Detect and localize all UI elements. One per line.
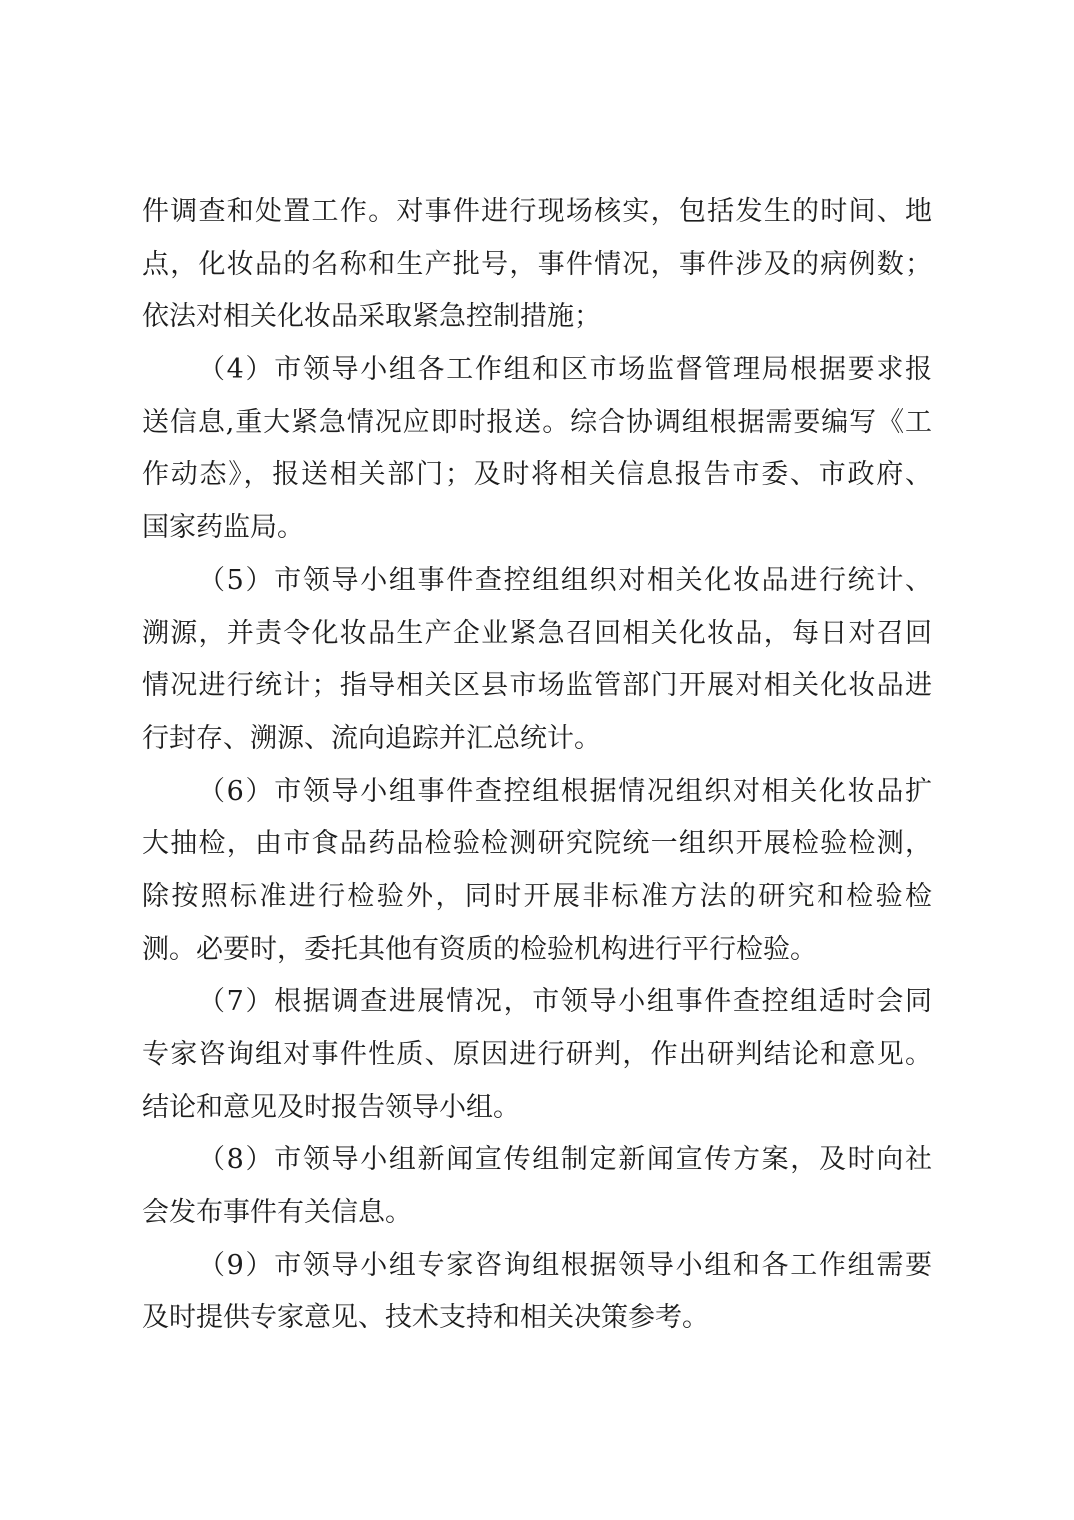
text-line: 国家药监局。 <box>142 502 932 555</box>
paragraph-continuation: 件调查和处置工作。对事件进行现场核实，包括发生的时间、地点，化妆品的名称和生产批… <box>142 186 932 344</box>
paragraph-item-9: （9）市领导小组专家咨询组根据领导小组和各工作组需要及时提供专家意见、技术支持和… <box>142 1240 932 1345</box>
paragraph-item-5: （5）市领导小组事件查控组组织对相关化妆品进行统计、溯源，并责令化妆品生产企业紧… <box>142 555 932 766</box>
text-line: （4）市领导小组各工作组和区市场监督管理局根据要求报 <box>142 344 932 397</box>
text-line: 送信息,重大紧急情况应即时报送。综合协调组根据需要编写《工 <box>142 397 932 450</box>
text-line: 依法对相关化妆品采取紧急控制措施； <box>142 291 932 344</box>
text-line: （5）市领导小组事件查控组组织对相关化妆品进行统计、 <box>142 555 932 608</box>
text-line: 除按照标准进行检验外，同时开展非标准方法的研究和检验检 <box>142 871 932 924</box>
text-line: 测。必要时，委托其他有资质的检验机构进行平行检验。 <box>142 924 932 977</box>
text-line: 溯源，并责令化妆品生产企业紧急召回相关化妆品，每日对召回 <box>142 608 932 661</box>
paragraph-item-6: （6）市领导小组事件查控组根据情况组织对相关化妆品扩大抽检，由市食品药品检验检测… <box>142 766 932 977</box>
text-line: 作动态》，报送相关部门；及时将相关信息报告市委、市政府、 <box>142 449 932 502</box>
text-line: （9）市领导小组专家咨询组根据领导小组和各工作组需要 <box>142 1240 932 1293</box>
text-line: 大抽检，由市食品药品检验检测研究院统一组织开展检验检测， <box>142 818 932 871</box>
text-line: 专家咨询组对事件性质、原因进行研判，作出研判结论和意见。 <box>142 1029 932 1082</box>
document-page: 件调查和处置工作。对事件进行现场核实，包括发生的时间、地点，化妆品的名称和生产批… <box>0 0 1074 1520</box>
text-line: 及时提供专家意见、技术支持和相关决策参考。 <box>142 1292 932 1345</box>
text-line: 点，化妆品的名称和生产批号，事件情况，事件涉及的病例数； <box>142 239 932 292</box>
paragraph-item-7: （7）根据调查进展情况，市领导小组事件查控组适时会同专家咨询组对事件性质、原因进… <box>142 976 932 1134</box>
text-line: 情况进行统计；指导相关区县市场监管部门开展对相关化妆品进 <box>142 660 932 713</box>
text-line: 会发布事件有关信息。 <box>142 1187 932 1240</box>
text-line: （8）市领导小组新闻宣传组制定新闻宣传方案，及时向社 <box>142 1134 932 1187</box>
paragraph-item-8: （8）市领导小组新闻宣传组制定新闻宣传方案，及时向社会发布事件有关信息。 <box>142 1134 932 1239</box>
text-line: 件调查和处置工作。对事件进行现场核实，包括发生的时间、地 <box>142 186 932 239</box>
text-line: 行封存、溯源、流向追踪并汇总统计。 <box>142 713 932 766</box>
text-block: 件调查和处置工作。对事件进行现场核实，包括发生的时间、地点，化妆品的名称和生产批… <box>142 186 932 1345</box>
text-line: （7）根据调查进展情况，市领导小组事件查控组适时会同 <box>142 976 932 1029</box>
paragraph-item-4: （4）市领导小组各工作组和区市场监督管理局根据要求报送信息,重大紧急情况应即时报… <box>142 344 932 555</box>
text-line: 结论和意见及时报告领导小组。 <box>142 1082 932 1135</box>
text-line: （6）市领导小组事件查控组根据情况组织对相关化妆品扩 <box>142 766 932 819</box>
